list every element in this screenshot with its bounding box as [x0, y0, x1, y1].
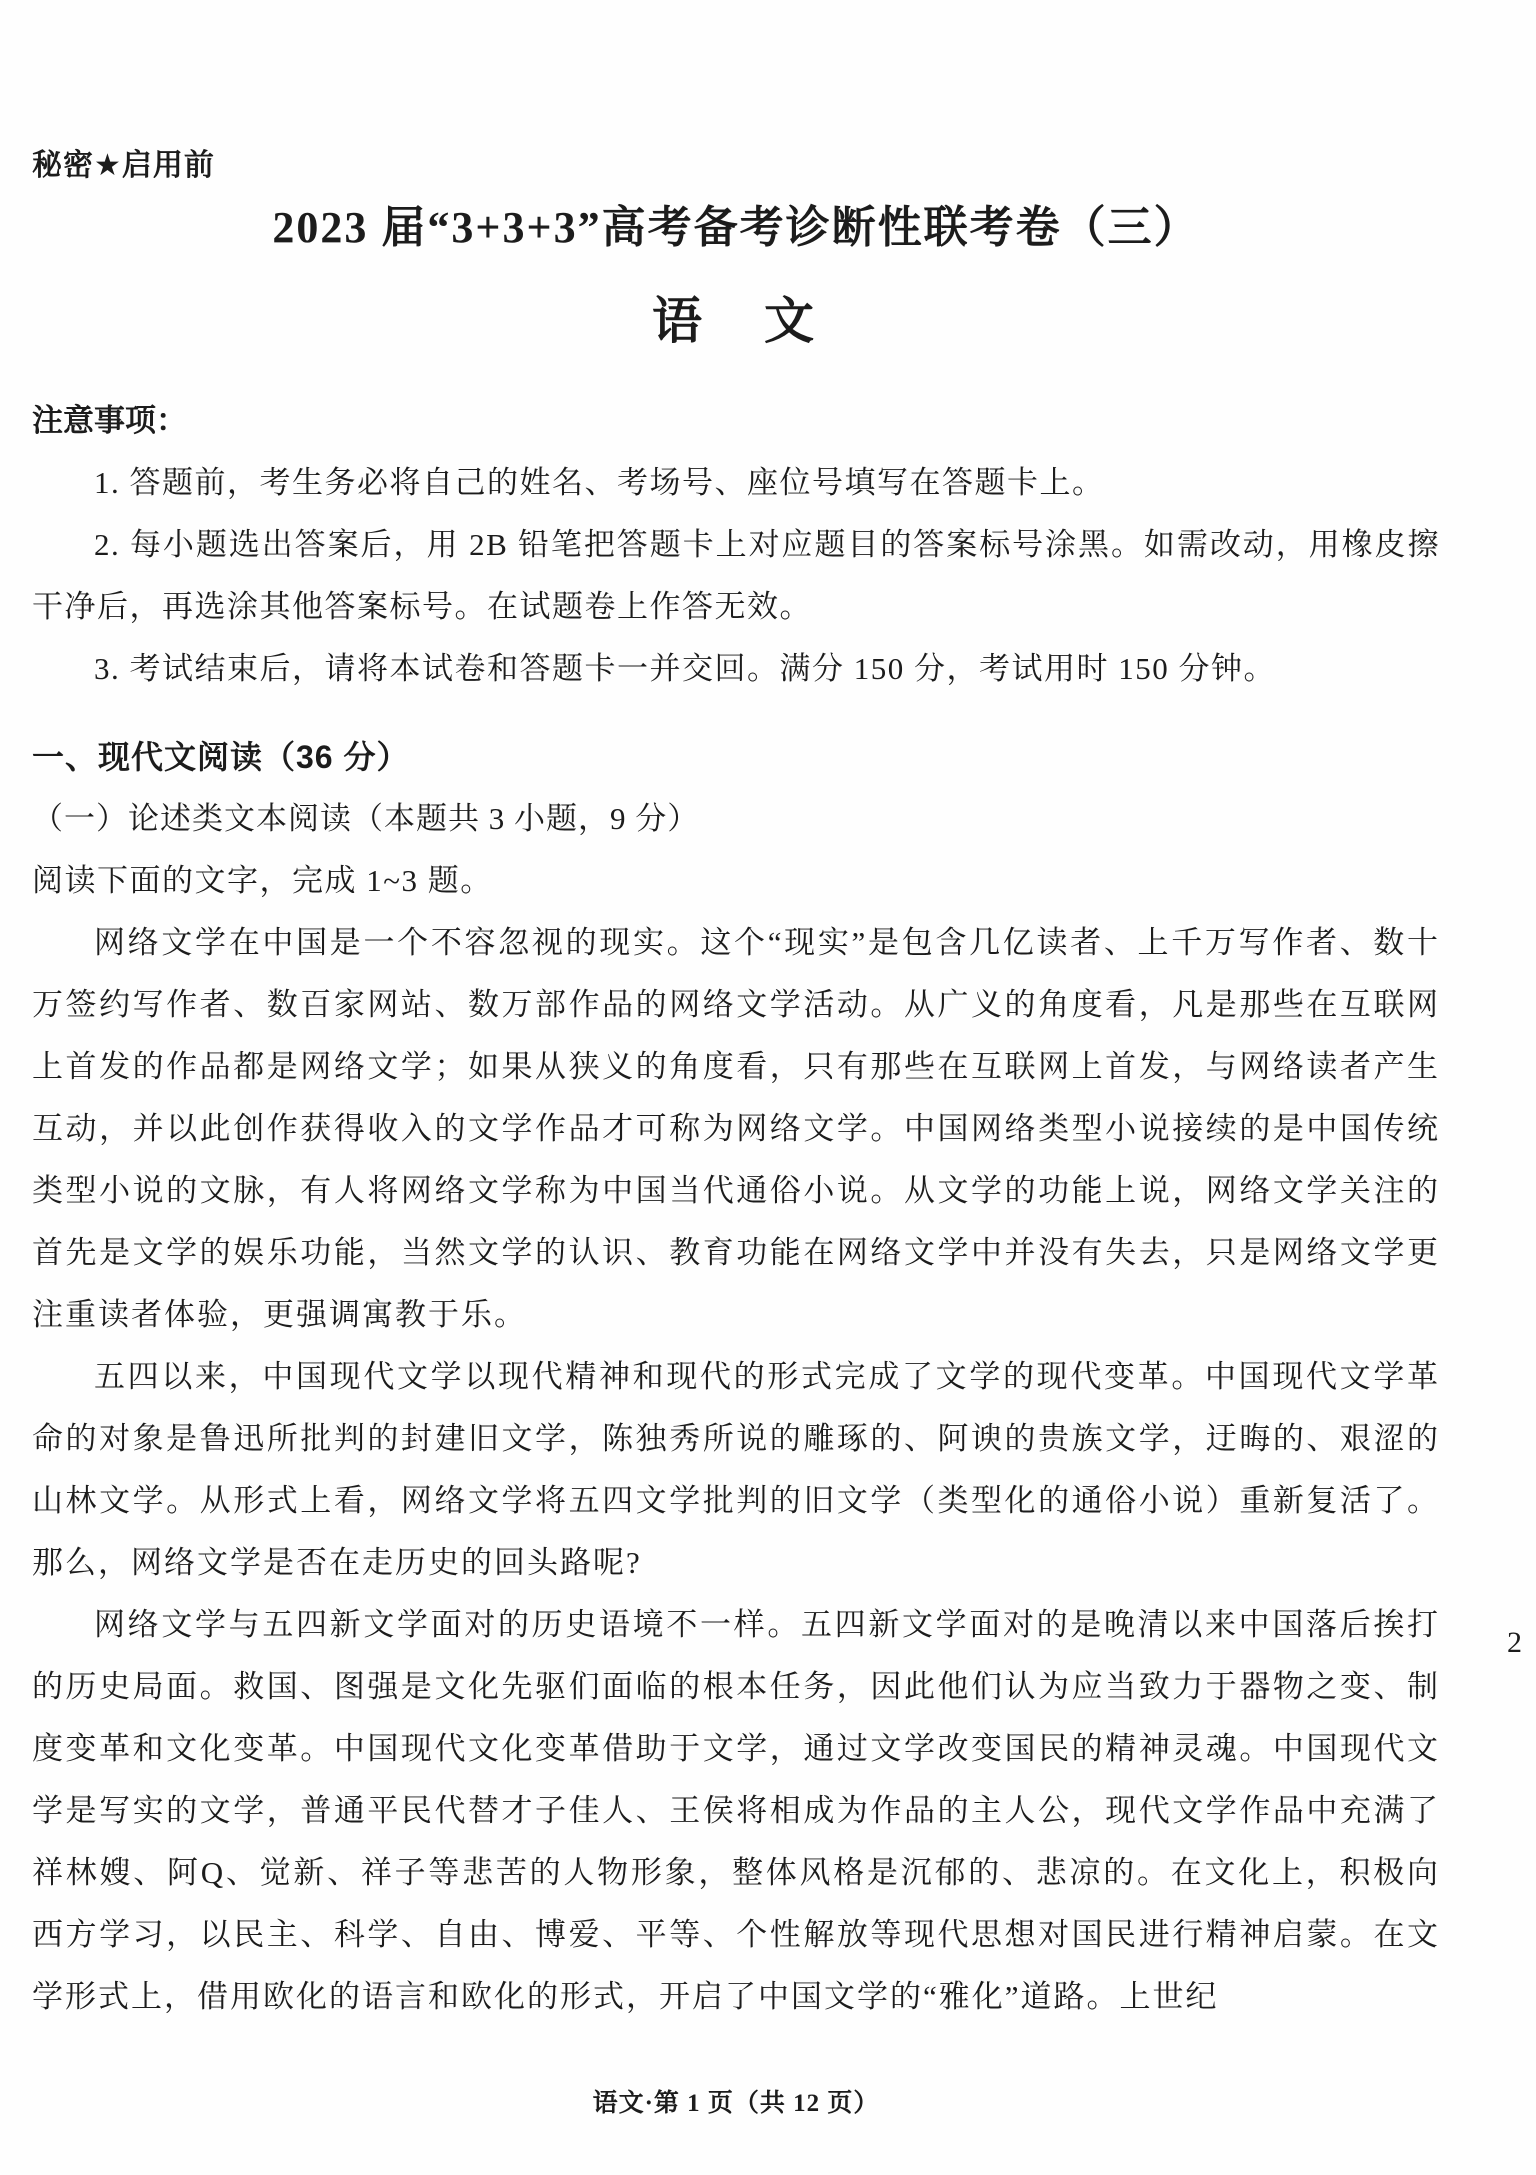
passage-paragraph-3: 网络文学与五四新文学面对的历史语境不一样。五四新文学面对的是晚清以来中国落后挨打… — [32, 1594, 1440, 2028]
passage-paragraph-1: 网络文学在中国是一个不容忽视的现实。这个“现实”是包含几亿读者、上千万写作者、数… — [32, 912, 1440, 1346]
section-heading-modern-reading: 一、现代文阅读（36 分） — [32, 726, 1440, 788]
exam-paper-page: 秘密★启用前 2023 届“3+3+3”高考备考诊断性联考卷（三） 语 文 注意… — [0, 0, 1536, 2175]
notice-item-2: 2. 每小题选出答案后，用 2B 铅笔把答题卡上对应题目的答案标号涂黑。如需改动… — [32, 514, 1440, 638]
notice-item-1: 1. 答题前，考生务必将自己的姓名、考场号、座位号填写在答题卡上。 — [32, 452, 1440, 514]
page-content: 秘密★启用前 2023 届“3+3+3”高考备考诊断性联考卷（三） 语 文 注意… — [0, 0, 1536, 2028]
notice-heading: 注意事项： — [32, 390, 1440, 452]
exam-subject-title: 语 文 — [32, 286, 1440, 356]
exam-title: 2023 届“3+3+3”高考备考诊断性联考卷（三） — [32, 198, 1440, 258]
adjacent-page-number: 2 — [1507, 1626, 1522, 1660]
secrecy-classification-label: 秘密★启用前 — [32, 146, 1440, 186]
subsection-heading-argumentative-reading: （一）论述类文本阅读（本题共 3 小题，9 分） — [32, 788, 1440, 850]
passage-paragraph-2: 五四以来，中国现代文学以现代精神和现代的形式完成了文学的现代变革。中国现代文学革… — [32, 1346, 1440, 1594]
reading-instruction: 阅读下面的文字，完成 1~3 题。 — [32, 850, 1440, 912]
notice-item-3: 3. 考试结束后，请将本试卷和答题卡一并交回。满分 150 分，考试用时 150… — [32, 638, 1440, 700]
page-footer: 语文·第 1 页（共 12 页） — [32, 2083, 1440, 2119]
